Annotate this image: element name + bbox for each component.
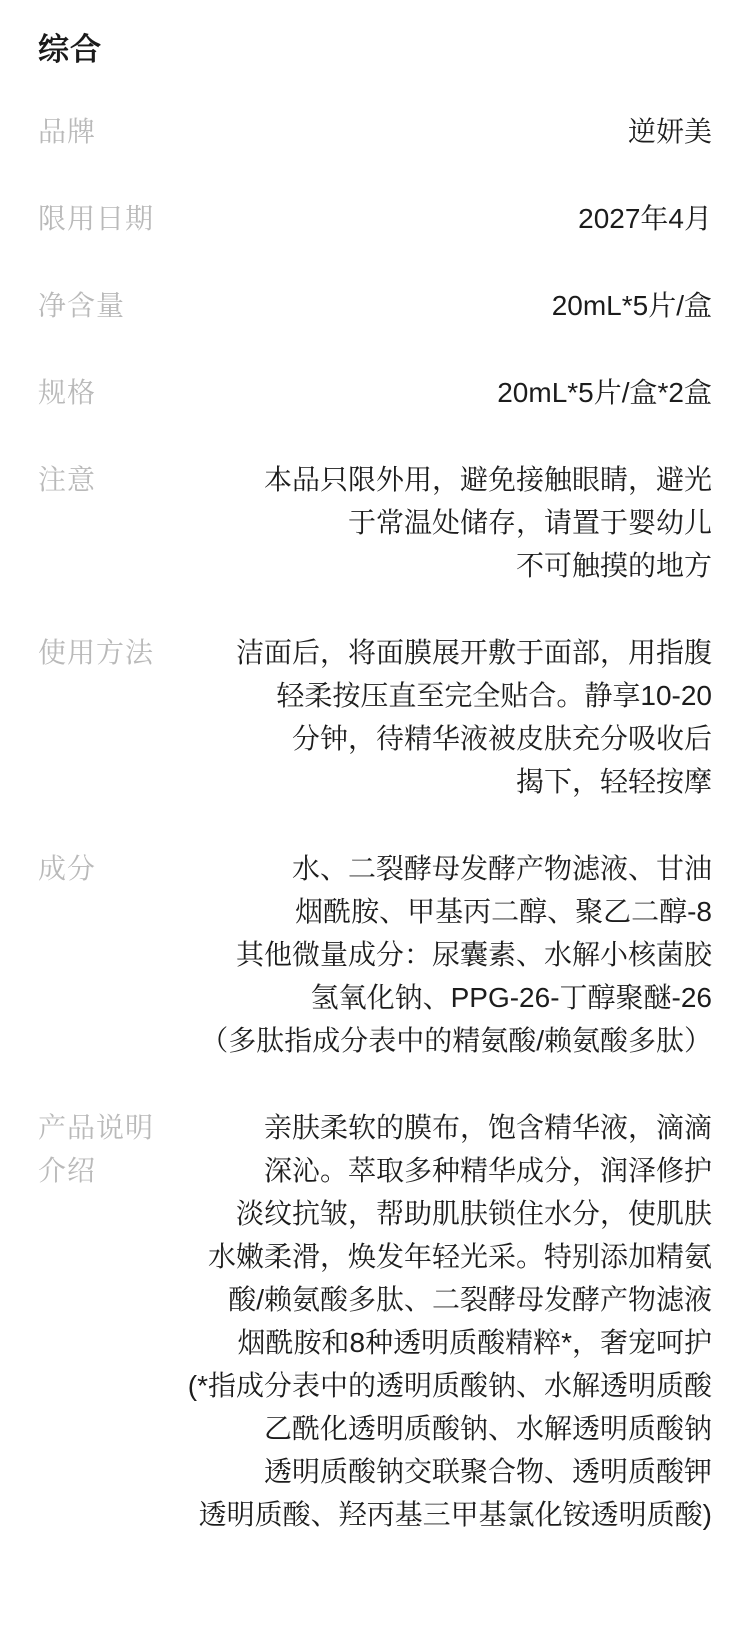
spec-label-specification: 规格 [38,371,164,414]
spec-value-net-content: 20mL*5片/盒 [164,284,712,327]
spec-value-usage-method: 洁面后，将面膜展开敷于面部，用指腹 轻柔按压直至完全贴合。静享10-20 分钟，… [164,631,712,803]
spec-label-expiry-date: 限用日期 [38,197,164,240]
spec-label-ingredients: 成分 [38,847,164,890]
spec-row-list: 品牌 逆妍美 限用日期 2027年4月 净含量 20mL*5片/盒 规格 20m… [38,110,712,1536]
spec-row-usage-method: 使用方法 洁面后，将面膜展开敷于面部，用指腹 轻柔按压直至完全贴合。静享10-2… [38,631,712,803]
product-spec-panel: 综合 品牌 逆妍美 限用日期 2027年4月 净含量 20mL*5片/盒 规格 … [0,0,750,1536]
spec-row-caution: 注意 本品只限外用，避免接触眼睛，避光 于常温处储存，请置于婴幼儿 不可触摸的地… [38,458,712,587]
spec-value-product-description: 亲肤柔软的膜布，饱含精华液，滴滴 深沁。萃取多种精华成分，润泽修护 淡纹抗皱，帮… [164,1106,712,1536]
spec-row-brand: 品牌 逆妍美 [38,110,712,153]
spec-value-brand: 逆妍美 [164,110,712,153]
spec-row-specification: 规格 20mL*5片/盒*2盒 [38,371,712,414]
spec-row-net-content: 净含量 20mL*5片/盒 [38,284,712,327]
spec-label-product-description: 产品说明介绍 [38,1106,164,1192]
spec-row-expiry-date: 限用日期 2027年4月 [38,197,712,240]
spec-label-brand: 品牌 [38,110,164,153]
spec-label-caution: 注意 [38,458,164,501]
spec-label-net-content: 净含量 [38,284,164,327]
spec-row-ingredients: 成分 水、二裂酵母发酵产物滤液、甘油 烟酰胺、甲基丙二醇、聚乙二醇-8 其他微量… [38,847,712,1062]
spec-label-usage-method: 使用方法 [38,631,164,674]
spec-value-expiry-date: 2027年4月 [164,197,712,240]
spec-row-product-description: 产品说明介绍 亲肤柔软的膜布，饱含精华液，滴滴 深沁。萃取多种精华成分，润泽修护… [38,1106,712,1536]
section-title: 综合 [38,28,712,72]
spec-value-caution: 本品只限外用，避免接触眼睛，避光 于常温处储存，请置于婴幼儿 不可触摸的地方 [164,458,712,587]
spec-value-ingredients: 水、二裂酵母发酵产物滤液、甘油 烟酰胺、甲基丙二醇、聚乙二醇-8 其他微量成分：… [164,847,712,1062]
spec-value-specification: 20mL*5片/盒*2盒 [164,371,712,414]
